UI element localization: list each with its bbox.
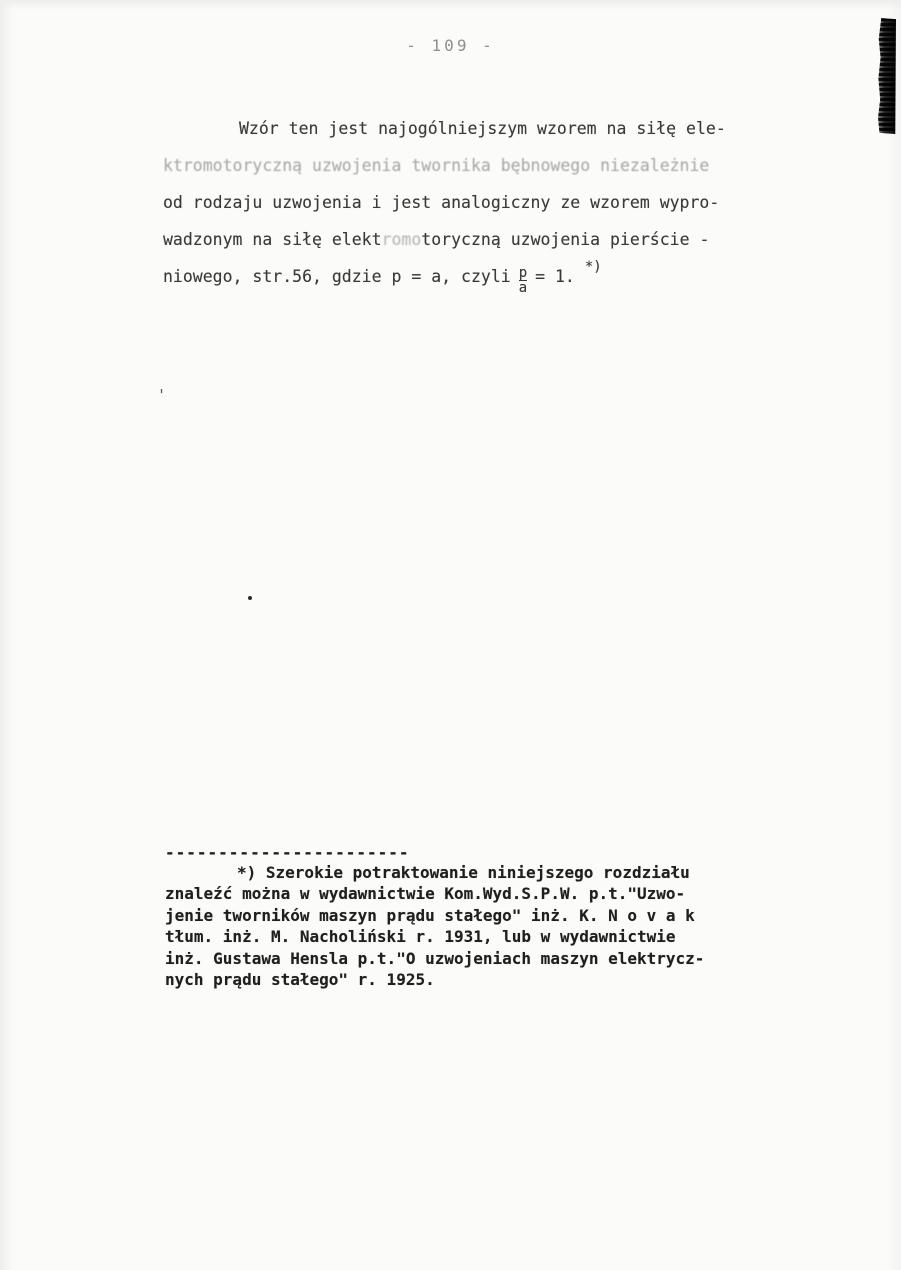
paragraph-line-5: niowego, str.56, gdzie p = a, czylipa= 1…: [163, 258, 763, 295]
paragraph-line-2: ktromotoryczną uzwojenia twornika bębnow…: [163, 147, 763, 184]
fraction-denominator: a: [519, 280, 527, 295]
paragraph-line-1: Wzór ten jest najogólniejszym wzorem na …: [163, 110, 763, 147]
footnote-line-2: znaleźć można w wydawnictwie Kom.Wyd.S.P…: [165, 883, 775, 904]
paragraph-line-4: wadzonym na siłę elektromotoryczną uzwoj…: [163, 221, 763, 258]
paragraph-line-4-seg1: wadzonym na siłę elekt: [163, 230, 382, 249]
paragraph-line-4-seg2: romo: [382, 230, 422, 249]
footnote-reference-mark: *): [585, 249, 602, 286]
paragraph-line-4-seg3: toryczną uzwojenia pierście -: [421, 230, 709, 249]
stray-mark-quote: ': [157, 386, 166, 404]
footnote-block: ----------------------- *) Szerokie potr…: [165, 846, 775, 990]
main-paragraph: Wzór ten jest najogólniejszym wzorem na …: [163, 110, 763, 295]
footnote-line-1: *) Szerokie potraktowanie niniejszego ro…: [165, 862, 775, 883]
fraction-p-over-a: pa: [519, 267, 527, 295]
page-number: - 109 -: [0, 36, 901, 55]
stray-mark-dot: [248, 596, 252, 600]
scanned-page: - 109 - Wzór ten jest najogólniejszym wz…: [0, 0, 901, 1270]
binding-tape-artifact: [878, 18, 896, 134]
paragraph-line-3: od rodzaju uzwojenia i jest analogiczny …: [163, 184, 763, 221]
footnote-line-6: nych prądu stałego" r. 1925.: [165, 969, 775, 990]
fraction-numerator: p: [519, 267, 527, 280]
paragraph-line-5-text: niowego, str.56, gdzie p = a, czyli: [163, 267, 511, 286]
footnote-line-3: jenie tworników maszyn prądu stałego" in…: [165, 905, 775, 926]
paragraph-line-5-result: = 1.: [535, 267, 575, 286]
footnote-line-5: inż. Gustawa Hensla p.t."O uzwojeniach m…: [165, 948, 775, 969]
footnote-separator: -----------------------: [165, 846, 775, 862]
footnote-line-4: tłum. inż. M. Nacholiński r. 1931, lub w…: [165, 926, 775, 947]
